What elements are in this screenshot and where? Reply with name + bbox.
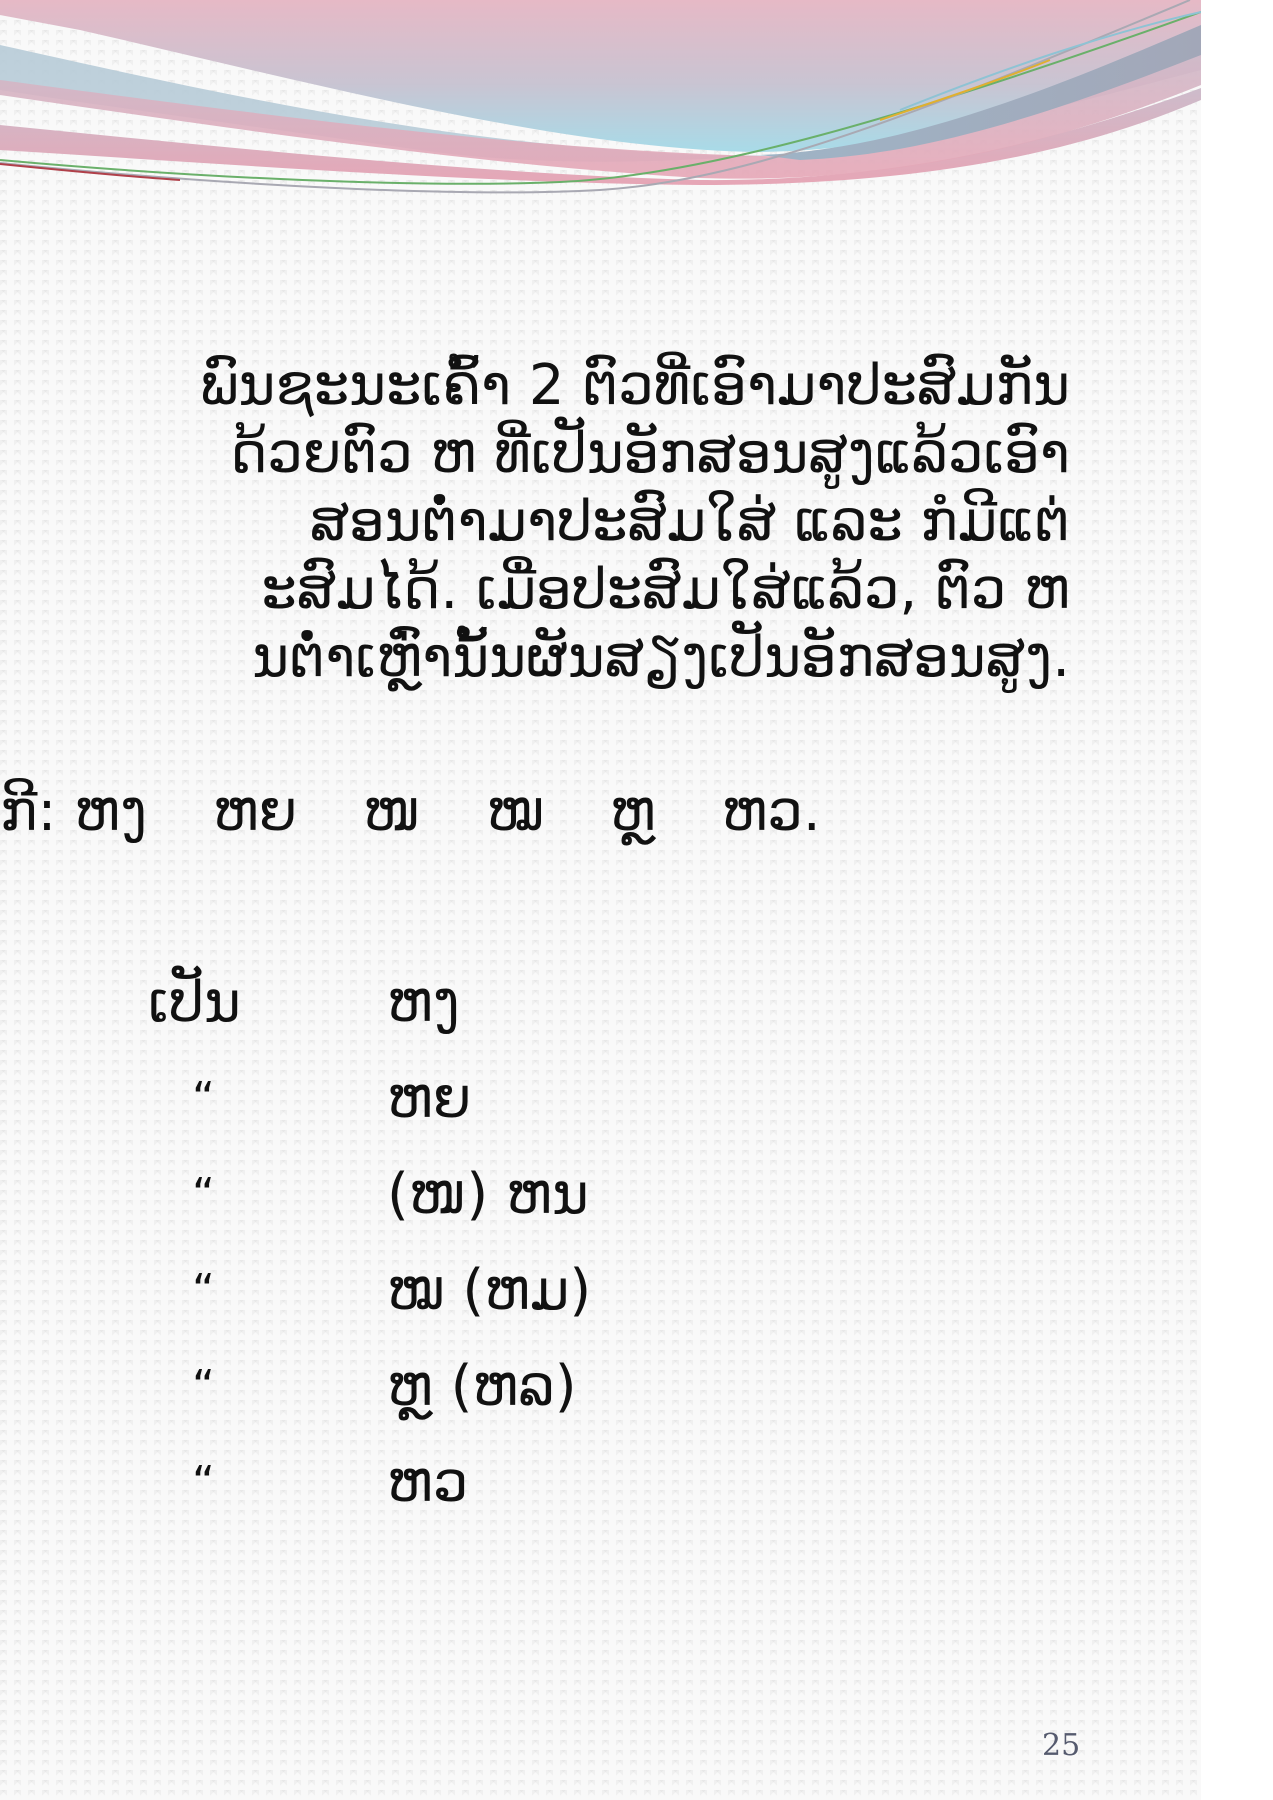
example-item: ຫຼ: [610, 779, 656, 844]
example-item: ຫຍ: [213, 779, 297, 844]
paragraph-line-5: ນຕ່ຳເຫຼົ່ານັ້ນຜັນສຽງເປັນອັກສອນສູງ.: [0, 624, 1070, 692]
ditto-mark: “: [192, 1147, 332, 1243]
example-item: ຫວ.: [722, 779, 821, 844]
list-item-value: (ໜ) ຫນ: [387, 1147, 589, 1243]
examples-prefix: ກີ:: [0, 779, 56, 844]
page-number: 25: [1042, 1728, 1080, 1763]
list-item-value: ໝ (ຫມ): [387, 1243, 591, 1339]
ditto-mark: “: [192, 1339, 332, 1435]
paragraph-line-2: ດ້ວຍຕົວ ຫ ທີ່ເປັນອັກສອນສູງແລ້ວເອົາ: [0, 420, 1070, 488]
example-item: ຫງ: [74, 779, 147, 844]
example-item: ໜ: [363, 779, 421, 844]
paragraph-line-1: ພົນຊະນະເຄົ້າ 2 ຕົວທີ່ເອົາມາປະສົມກັນ: [0, 352, 1070, 420]
blank-margin: [1201, 0, 1273, 1800]
slide: ພົນຊະນະເຄົ້າ 2 ຕົວທີ່ເອົາມາປະສົມກັນ ດ້ວຍ…: [0, 0, 1201, 1800]
header-swoosh-decoration: [0, 0, 1201, 220]
ditto-mark: “: [192, 1051, 332, 1147]
list-item-value: ຫຼ (ຫລ): [387, 1339, 577, 1435]
paragraph-line-4: ະສົມໄດ້. ເມື່ອປະສົມໃສ່ແລ້ວ, ຕົວ ຫ: [0, 556, 1070, 624]
list-item-value: ຫວ: [387, 1435, 468, 1531]
paragraph-line-3: ສອນຕ່ຳມາປະສົມໃສ່ ແລະ ກໍມີແຕ່: [0, 488, 1070, 556]
list-item-value: ຫຍ: [387, 1051, 471, 1147]
example-item: ໝ: [487, 779, 545, 844]
list-item-value: ຫງ: [387, 955, 460, 1051]
paragraph: ພົນຊະນະເຄົ້າ 2 ຕົວທີ່ເອົາມາປະສົມກັນ ດ້ວຍ…: [0, 352, 1070, 692]
list-item-label: ເປັນ: [148, 955, 288, 1051]
examples-line: ກີ: ຫງ ຫຍ ໜ ໝ ຫຼ ຫວ.: [0, 778, 869, 846]
ditto-mark: “: [192, 1435, 332, 1531]
ditto-mark: “: [192, 1243, 332, 1339]
